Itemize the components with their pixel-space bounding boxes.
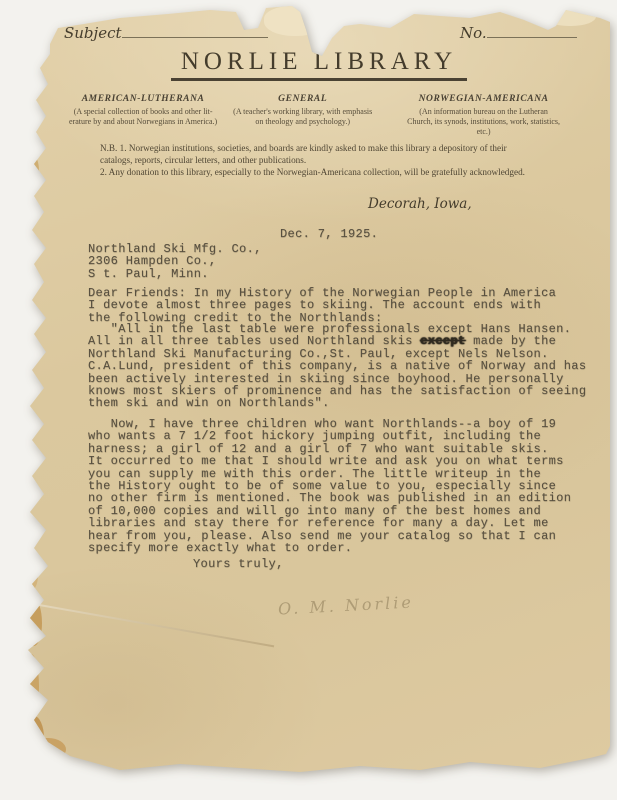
- letterhead-title-row: NORLIE LIBRARY: [28, 48, 610, 81]
- nota-bene-notice: N.B. 1. Norwegian institutions, societie…: [100, 142, 572, 178]
- recipient-address: Northland Ski Mfg. Co., 2306 Hampden Co.…: [88, 243, 262, 280]
- subject-label: Subject: [64, 24, 122, 42]
- subject-field: Subject: [64, 24, 268, 43]
- collection-norwegian-americana: NORWEGIAN-AMERICANA (An information bure…: [377, 94, 590, 137]
- torn-edge-stain: [25, 716, 44, 758]
- number-blank-line: [487, 25, 577, 38]
- torn-edge-stain: [24, 654, 39, 716]
- letter-closing: Yours truly,: [193, 558, 284, 570]
- letterhead-top-row: Subject No.: [28, 24, 610, 44]
- torn-edge-stain: [25, 558, 38, 590]
- place-line: Decorah, Iowa,: [368, 196, 472, 212]
- torn-edge-stain: [25, 154, 39, 186]
- collection-description: (A teacher's working library, with empha…: [228, 107, 377, 127]
- letter-date: Dec. 7, 1925.: [280, 228, 378, 240]
- letter-paragraph-1: Dear Friends: In my History of the Norwe…: [88, 287, 593, 324]
- letter-quote-paragraph: "All in the last table were professional…: [88, 323, 593, 410]
- collection-heading: NORWEGIAN-AMERICANA: [377, 94, 590, 104]
- collection-american-lutherana: AMERICAN-LUTHERANA (A special collection…: [58, 94, 228, 137]
- letter-paper: Subject No. NORLIE LIBRARY AMERICAN-LUTH…: [28, 6, 610, 782]
- collection-heading: AMERICAN-LUTHERANA: [58, 94, 228, 104]
- collections-row: AMERICAN-LUTHERANA (A special collection…: [58, 94, 590, 137]
- pencil-signature: O. M. Norlie: [278, 592, 415, 618]
- collection-heading: GENERAL: [228, 94, 377, 104]
- paper-shadow-wrapper: Subject No. NORLIE LIBRARY AMERICAN-LUTH…: [0, 0, 617, 800]
- torn-edge-stain: [32, 738, 66, 760]
- scanned-letter-page: { "document": { "header": { "subject_lab…: [0, 0, 617, 800]
- collection-general: GENERAL (A teacher's working library, wi…: [228, 94, 377, 137]
- number-label: No.: [460, 24, 487, 42]
- letter-paragraph-3: Now, I have three children who want Nort…: [88, 418, 593, 554]
- subject-blank-line: [122, 25, 268, 38]
- torn-edge-highlight: [544, 6, 596, 26]
- torn-edge-stain: [25, 598, 42, 646]
- library-title: NORLIE LIBRARY: [171, 48, 467, 81]
- paper-crease: [28, 602, 275, 647]
- collection-description: (A special collection of books and other…: [58, 107, 228, 127]
- number-field: No.: [460, 24, 577, 43]
- collection-description: (An information bureau on the Lutheran C…: [377, 107, 590, 137]
